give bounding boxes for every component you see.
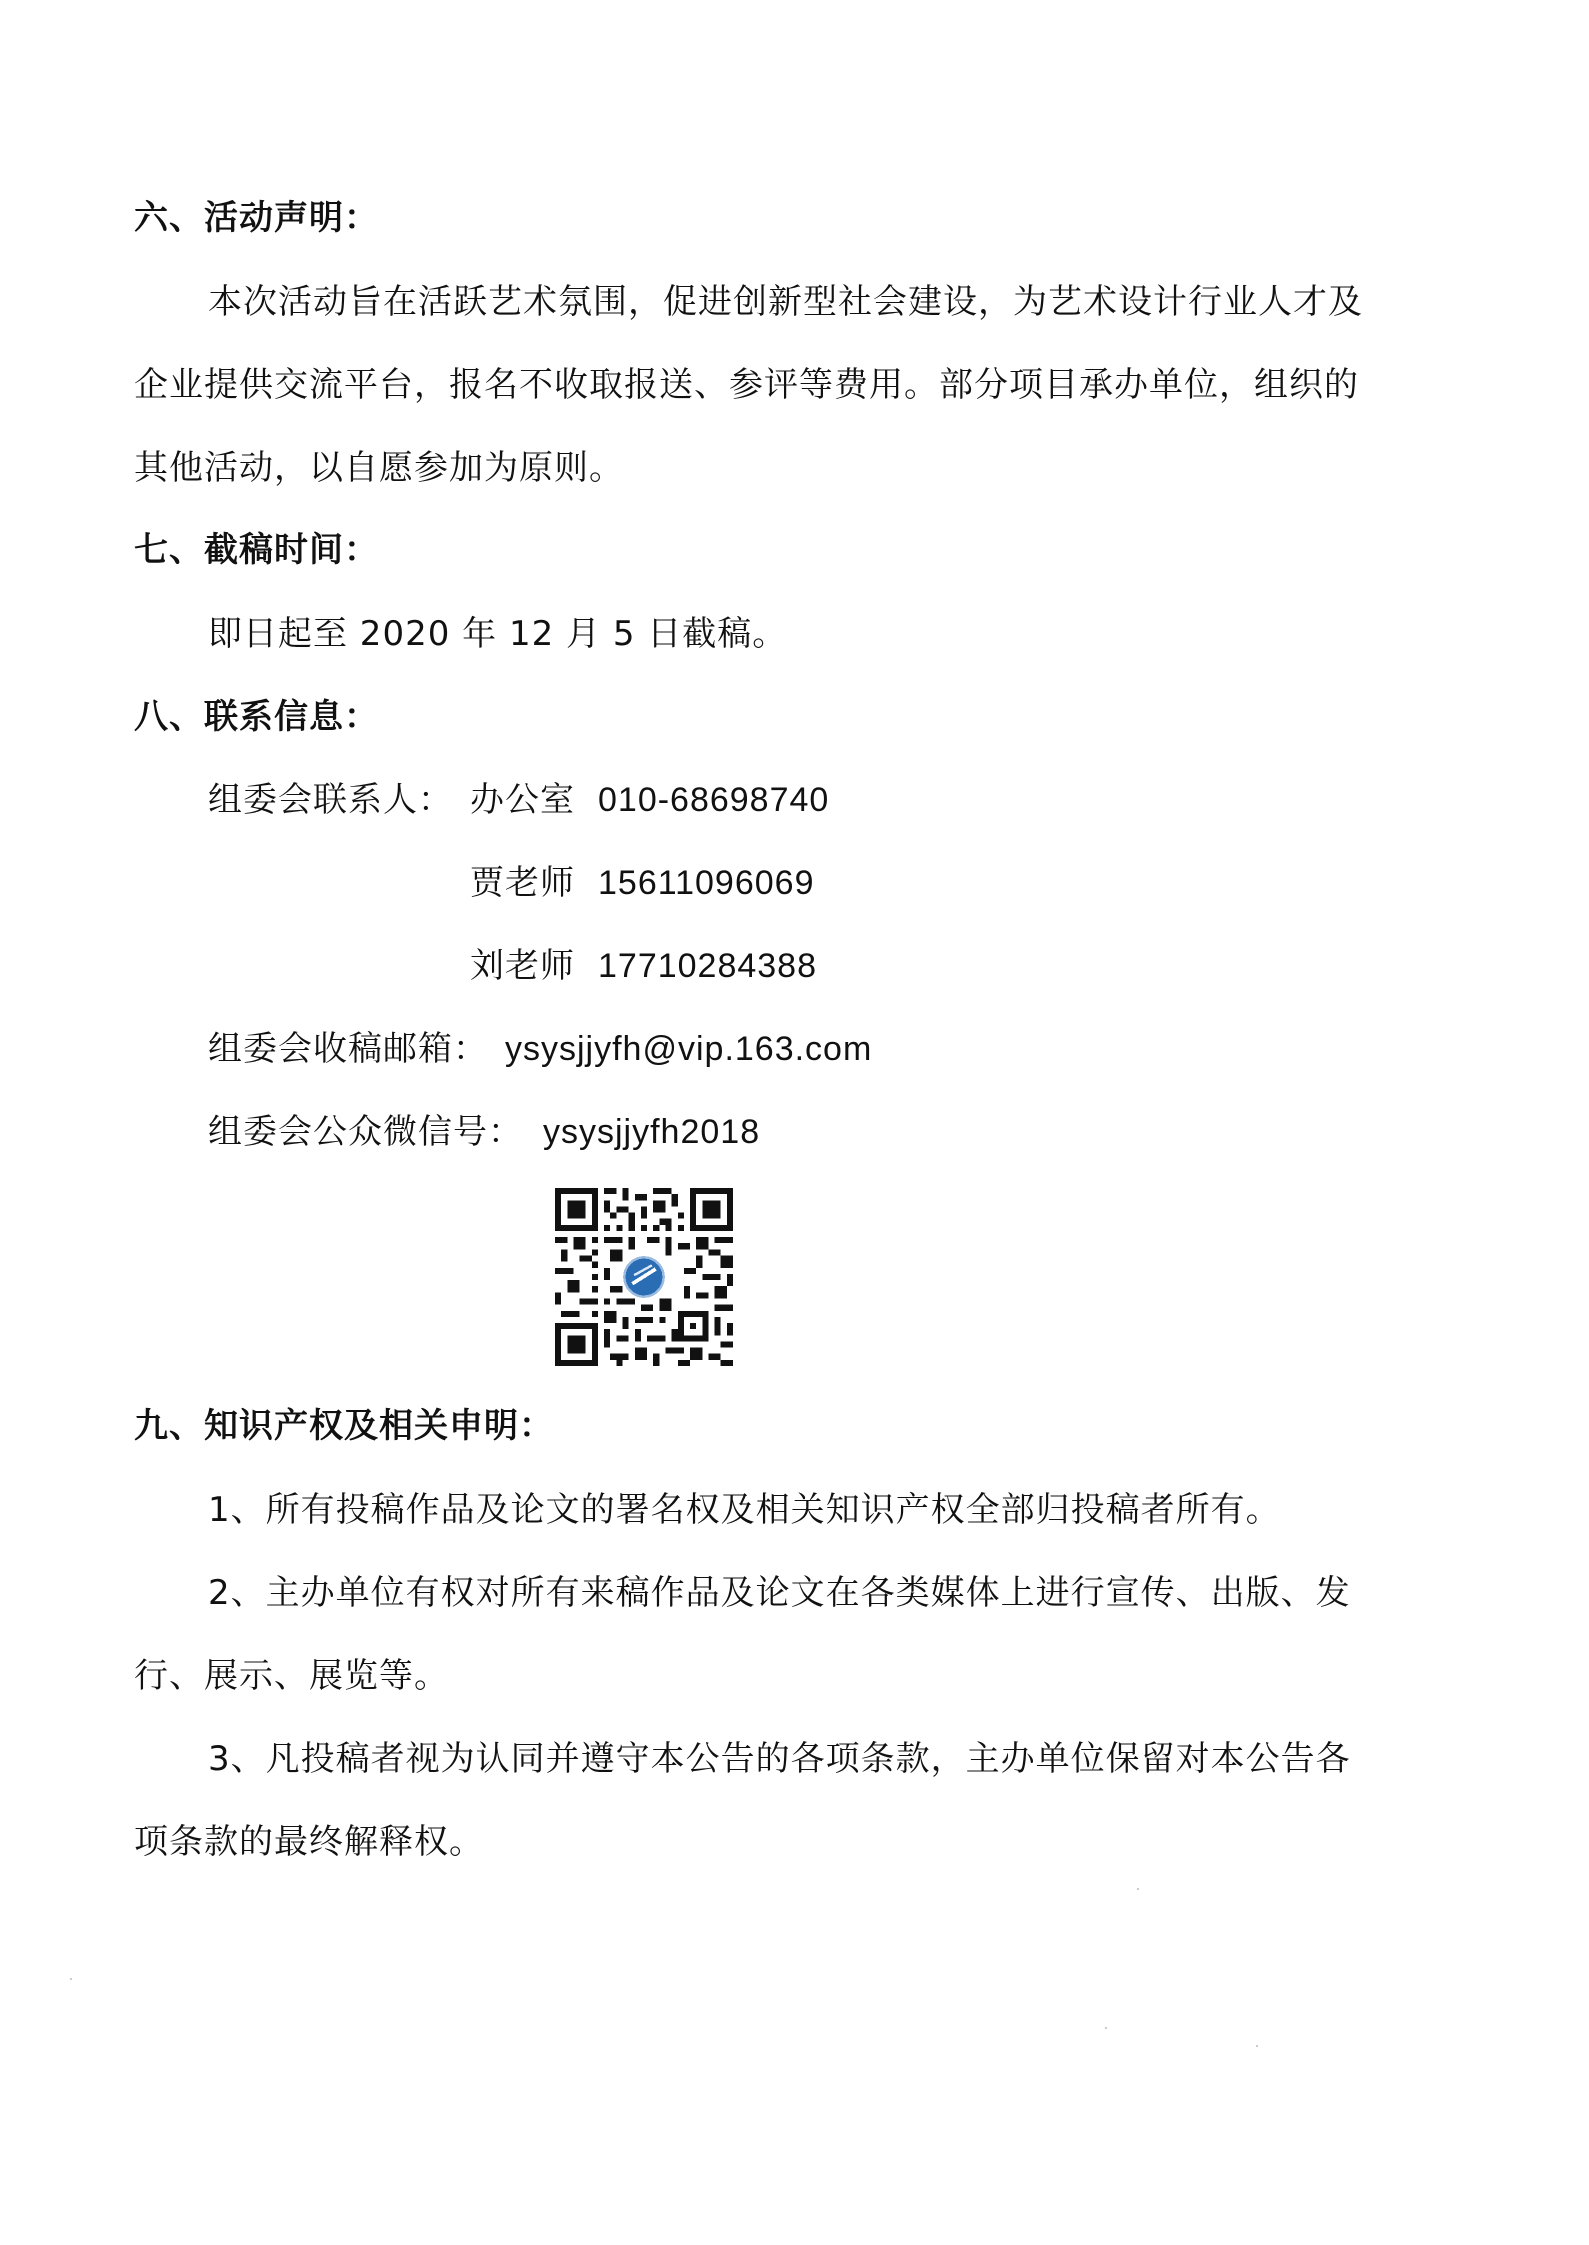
ip-item-3-line-2: 项条款的最终解释权。	[134, 1820, 484, 1864]
contact-name-jia: 贾老师	[470, 861, 575, 905]
section-9-heading: 九、知识产权及相关申明：	[134, 1404, 554, 1448]
ip-item-2-line-2: 行、展示、展览等。	[134, 1654, 449, 1698]
section-8-heading: 八、联系信息：	[134, 695, 379, 739]
section-6-paragraph-line-2: 企业提供交流平台，报名不收取报送、参评等费用。部分项目承办单位，组织的	[134, 363, 1359, 407]
contact-phone-liu: 17710284388	[598, 944, 817, 988]
contact-phone-jia: 15611096069	[598, 861, 814, 905]
contact-name-liu: 刘老师	[470, 944, 575, 988]
wechat-label: 组委会公众微信号：	[208, 1110, 523, 1154]
email-label: 组委会收稿邮箱：	[208, 1027, 488, 1071]
section-6-heading: 六、活动声明：	[134, 196, 379, 240]
deadline-text: 即日起至 2020 年 12 月 5 日截稿。	[208, 612, 787, 656]
scan-speck	[70, 1978, 72, 1980]
section-6-paragraph-line-1: 本次活动旨在活跃艺术氛围，促进创新型社会建设，为艺术设计行业人才及	[208, 280, 1363, 324]
scan-speck	[1105, 2027, 1107, 2029]
section-7-heading: 七、截稿时间：	[134, 528, 379, 572]
wechat-id: ysysjjyfh2018	[543, 1110, 760, 1154]
email-address[interactable]: ysysjjyfh@vip.163.com	[505, 1027, 872, 1071]
scan-speck	[1137, 1888, 1139, 1890]
contact-phone-office: 010-68698740	[598, 778, 829, 822]
scan-speck	[1256, 2045, 1258, 2047]
ip-item-1-line-1: 1、所有投稿作品及论文的署名权及相关知识产权全部归投稿者所有。	[208, 1488, 1281, 1532]
ip-item-3-line-1: 3、凡投稿者视为认同并遵守本公告的各项条款，主办单位保留对本公告各	[208, 1737, 1351, 1781]
section-6-paragraph-line-3: 其他活动，以自愿参加为原则。	[134, 446, 624, 490]
wechat-qr-code-icon	[555, 1188, 733, 1366]
document-page: 六、活动声明： 本次活动旨在活跃艺术氛围，促进创新型社会建设，为艺术设计行业人才…	[0, 0, 1589, 2245]
contact-name-office: 办公室	[470, 778, 575, 822]
ip-item-2-line-1: 2、主办单位有权对所有来稿作品及论文在各类媒体上进行宣传、出版、发	[208, 1571, 1351, 1615]
contact-label: 组委会联系人：	[208, 778, 453, 822]
